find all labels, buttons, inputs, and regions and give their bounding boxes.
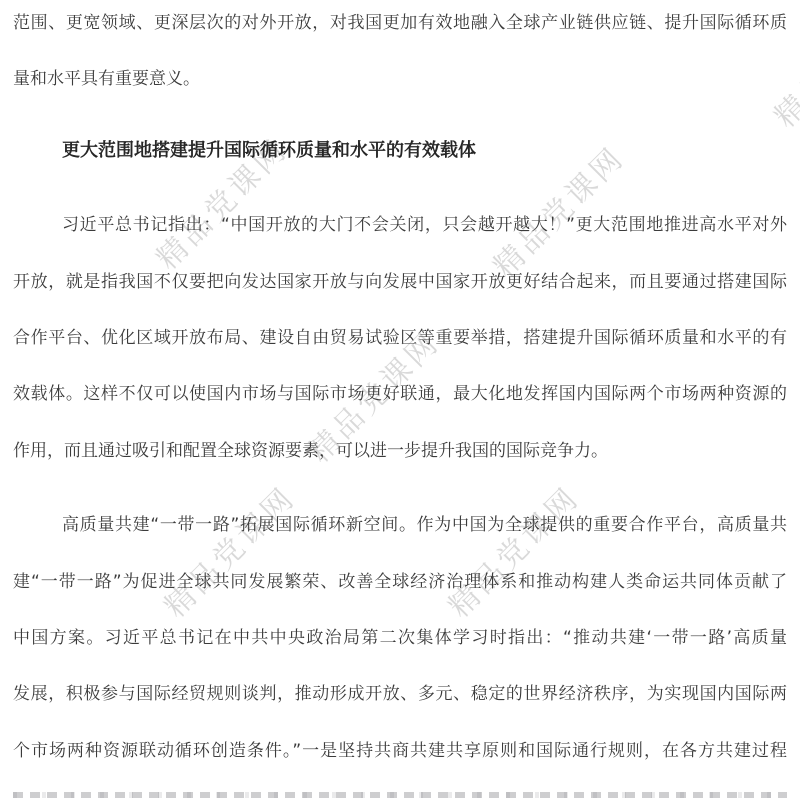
text-line: 效载体。这样不仅可以使国内市场与国际市场更好联通，最大化地发挥国内国际两个市场两… [13, 366, 787, 422]
document-body: 范围、更宽领域、更深层次的对外开放，对我国更加有效地融入全球产业链供应链、提升国… [13, 0, 787, 798]
document-page: 精品党课网 精品党课网 精品党课网 精品党课网 精品党课网 精品党课网 范围、更… [0, 0, 800, 800]
text-line: 习近平总书记指出：“中国开放的大门不会关闭，只会越开越大！”更大范围地推进高水平… [13, 197, 787, 253]
paragraph: 习近平总书记指出：“中国开放的大门不会关闭，只会越开越大！”更大范围地推进高水平… [13, 197, 787, 479]
text-line: 合作平台、优化区域开放布局、建设自由贸易试验区等重要举措，搭建提升国际循环质量和… [13, 310, 787, 366]
section-heading: 更大范围地搭建提升国际循环质量和水平的有效载体 [13, 123, 787, 179]
paragraph: 范围、更宽领域、更深层次的对外开放，对我国更加有效地融入全球产业链供应链、提升国… [13, 0, 787, 108]
text-line: 个市场两种资源联动循环创造条件。”一是坚持共商共建共享原则和国际通行规则，在各方… [13, 723, 787, 779]
clipped-text-line [13, 792, 787, 798]
text-line: 高质量共建“一带一路”拓展国际循环新空间。作为中国为全球提供的重要合作平台，高质… [13, 497, 787, 553]
text-line: 量和水平具有重要意义。 [13, 51, 787, 107]
heading-text: 更大范围地搭建提升国际循环质量和水平的有效载体 [13, 123, 787, 179]
text-line: 开放，就是指我国不仅要把向发达国家开放与向发展中国家开放更好结合起来，而且要通过… [13, 254, 787, 310]
text-line: 中国方案。习近平总书记在中共中央政治局第二次集体学习时指出：“推动共建‘一带一路… [13, 610, 787, 666]
text-line: 发展，积极参与国际经贸规则谈判，推动形成开放、多元、稳定的世界经济秩序，为实现国… [13, 666, 787, 722]
text-line: 建“一带一路”为促进全球共同发展繁荣、改善全球经济治理体系和推动构建人类命运共同… [13, 554, 787, 610]
text-line: 作用，而且通过吸引和配置全球资源要素，可以进一步提升我国的国际竞争力。 [13, 423, 787, 479]
paragraph: 高质量共建“一带一路”拓展国际循环新空间。作为中国为全球提供的重要合作平台，高质… [13, 497, 787, 779]
text-line: 范围、更宽领域、更深层次的对外开放，对我国更加有效地融入全球产业链供应链、提升国… [13, 0, 787, 51]
